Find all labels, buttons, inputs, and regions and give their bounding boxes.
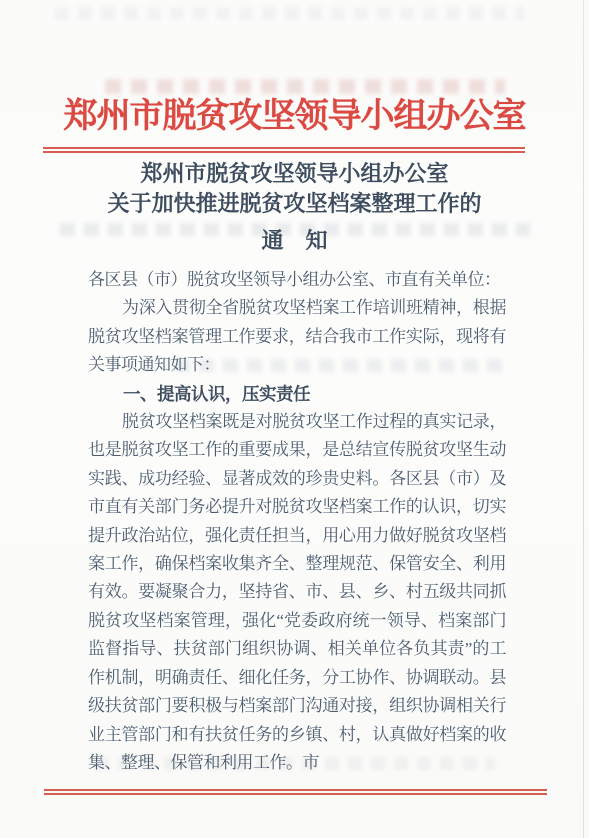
scan-page-edge bbox=[583, 0, 584, 838]
document-body: 各区县（市）脱贫攻坚领导小组办公室、市直有关单位： 为深入贯彻全省脱贫攻坚档案工… bbox=[88, 266, 506, 777]
document-title-line-2: 关于加快推进脱贫攻坚档案整理工作的 bbox=[0, 189, 589, 219]
letterhead-divider-rule bbox=[43, 147, 525, 153]
document-title: 郑州市脱贫攻坚领导小组办公室 关于加快推进脱贫攻坚档案整理工作的 通 知 bbox=[0, 159, 589, 256]
footer-divider-rule bbox=[44, 789, 547, 795]
document-title-line-1: 郑州市脱贫攻坚领导小组办公室 bbox=[0, 159, 589, 189]
salutation-line: 各区县（市）脱贫攻坚领导小组办公室、市直有关单位： bbox=[88, 266, 506, 294]
bleed-through-artifact bbox=[105, 79, 505, 94]
section-1-body: 脱贫攻坚档案既是对脱贫攻坚工作过程的真实记录，也是脱贫攻坚工作的重要成果，是总结… bbox=[88, 408, 506, 777]
document-title-line-3: 通 知 bbox=[0, 226, 589, 256]
section-1-heading: 一、提高认识，压实责任 bbox=[88, 380, 506, 408]
scanned-document-page: 郑州市脱贫攻坚领导小组办公室 郑州市脱贫攻坚领导小组办公室 关于加快推进脱贫攻坚… bbox=[0, 0, 589, 838]
bleed-through-artifact bbox=[55, 7, 525, 20]
intro-paragraph: 为深入贯彻全省脱贫攻坚档案工作培训班精神，根据脱贫攻坚档案管理工作要求，结合我市… bbox=[88, 294, 506, 379]
letterhead-org-name: 郑州市脱贫攻坚领导小组办公室 bbox=[0, 94, 589, 140]
